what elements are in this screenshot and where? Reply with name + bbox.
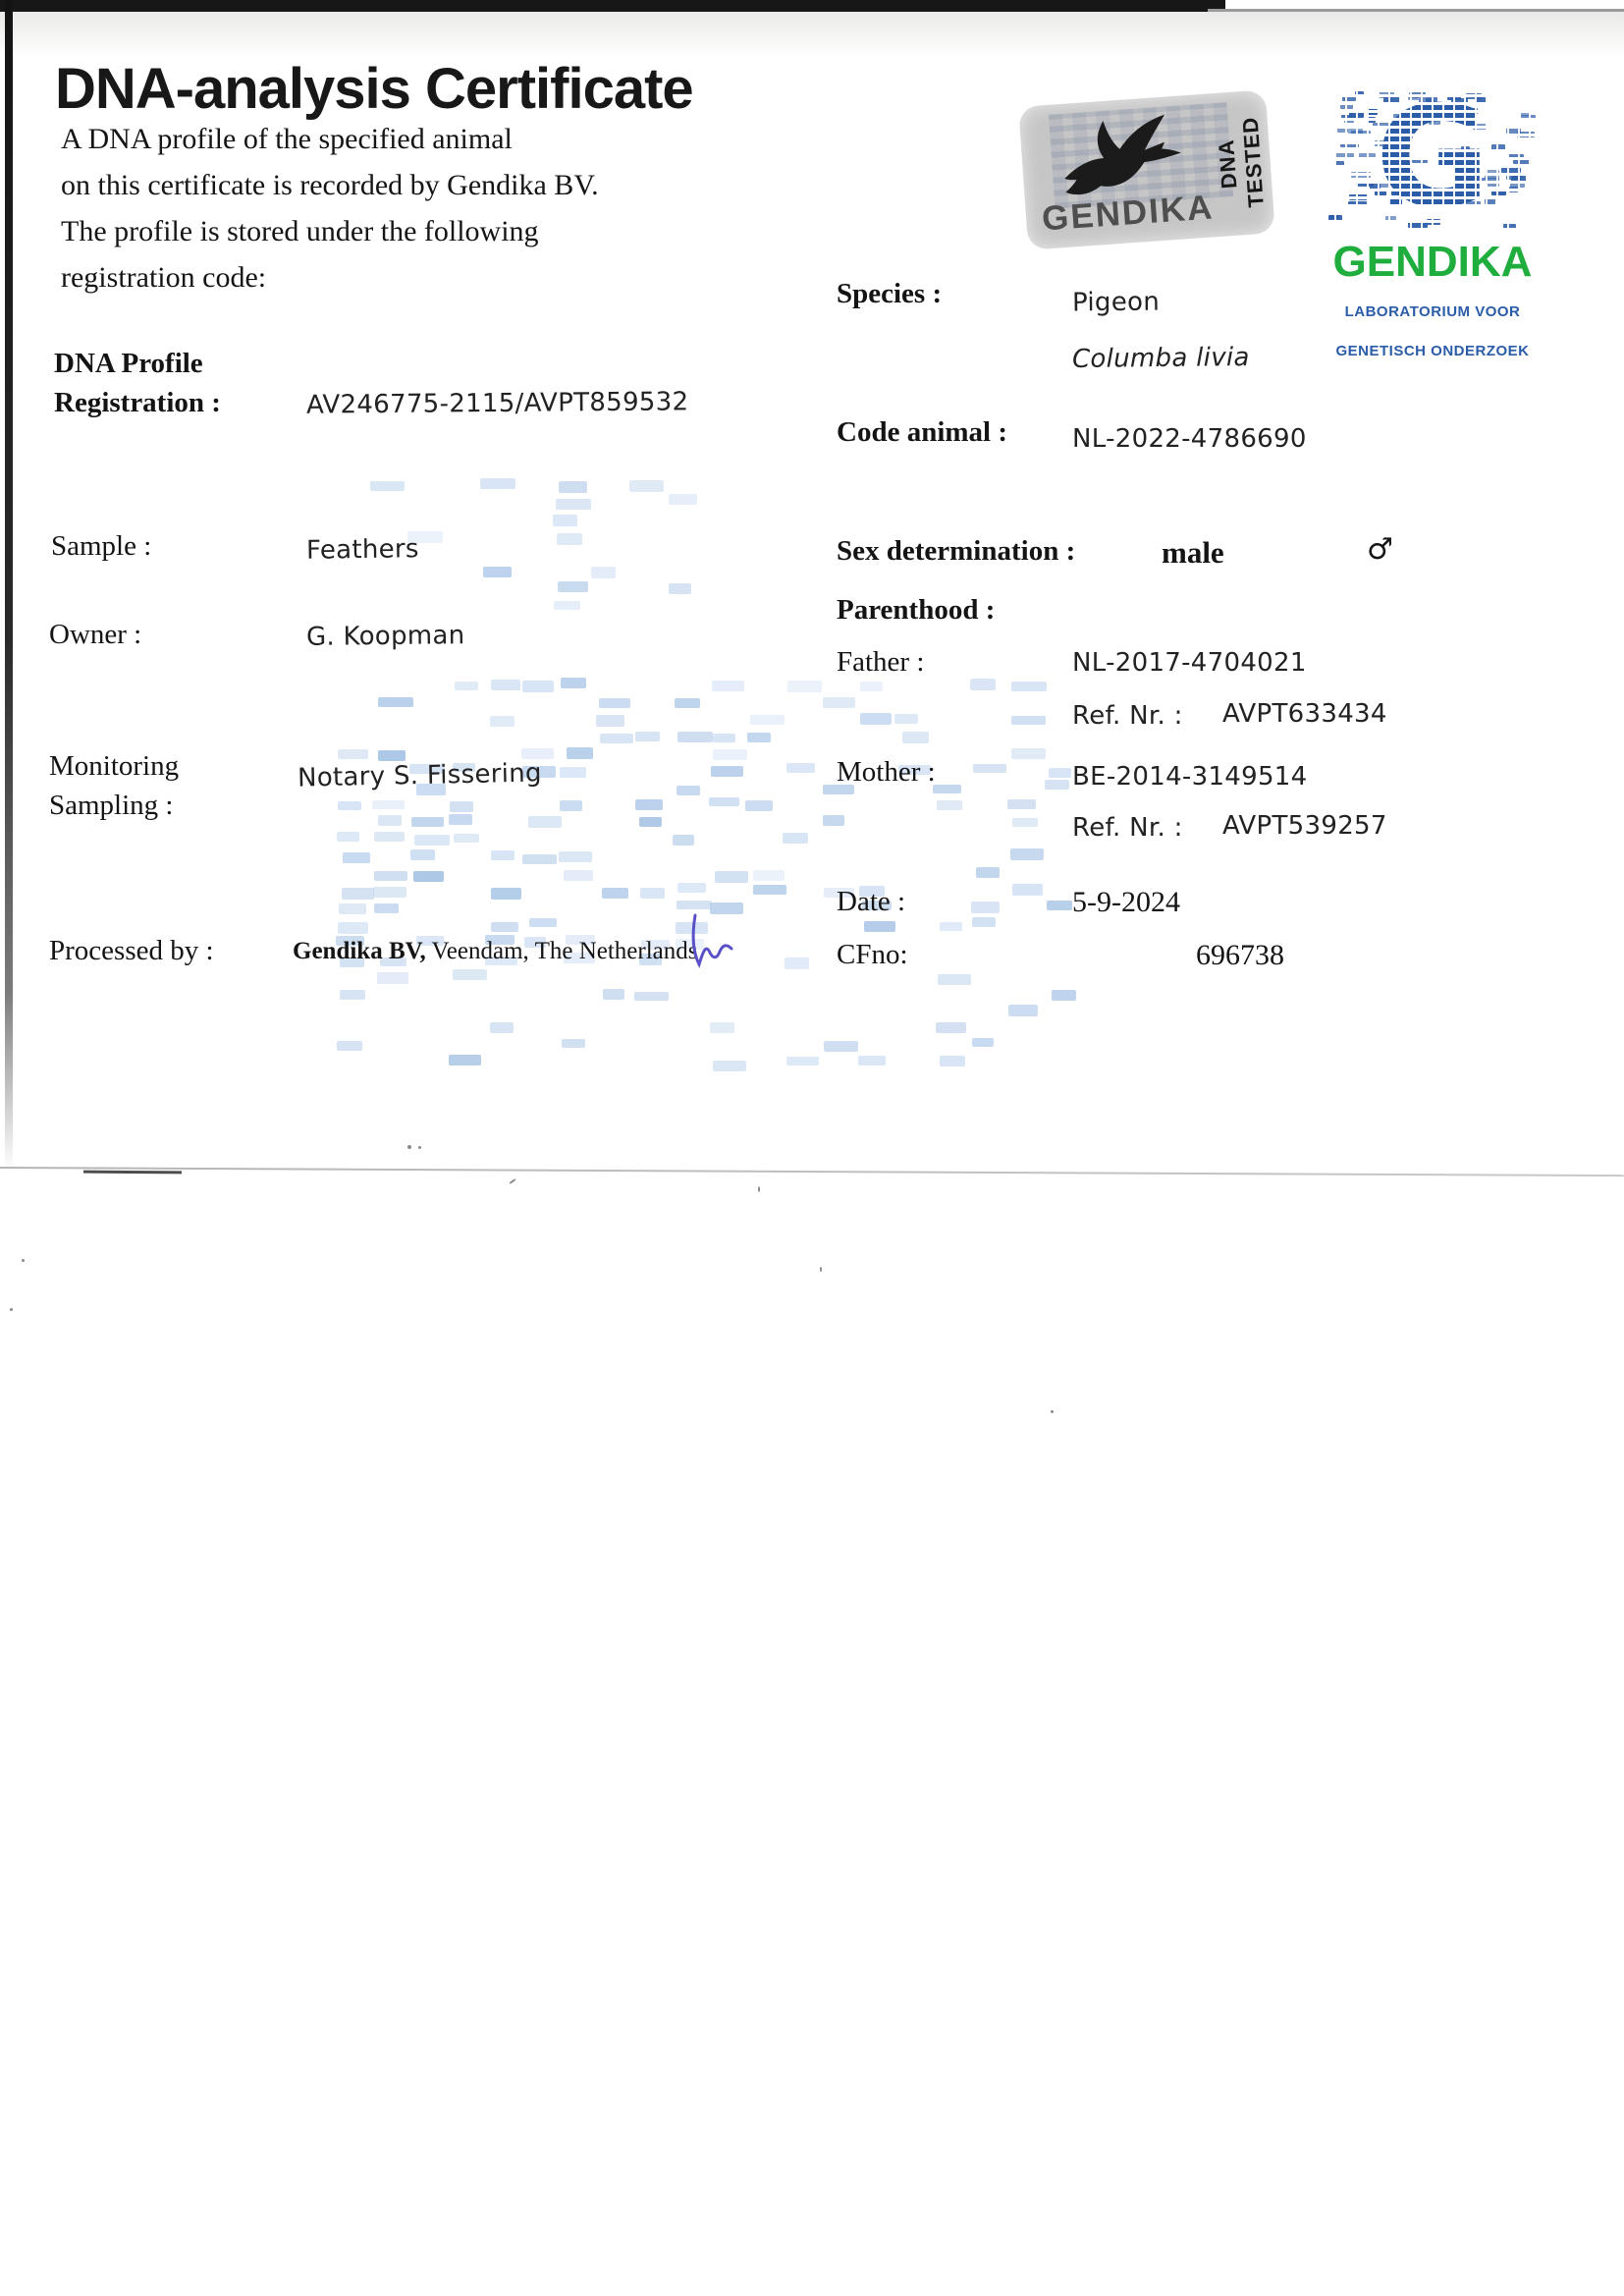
gel-band [711, 766, 743, 776]
gel-band [454, 834, 479, 843]
gel-band [342, 888, 374, 900]
gel-band [449, 814, 472, 824]
gel-band [338, 922, 368, 934]
gel-band [372, 800, 405, 810]
father-ref-value: AVPT633434 [1222, 699, 1387, 729]
dna-gel-watermark [0, 0, 1624, 2296]
gel-band [562, 1039, 585, 1048]
gel-band [823, 815, 844, 827]
gel-band [675, 698, 700, 707]
gel-band [673, 835, 694, 846]
gel-band [602, 888, 628, 899]
gel-band [786, 1057, 819, 1066]
gel-band [976, 867, 1000, 878]
gel-band [378, 815, 402, 826]
gel-band [600, 734, 633, 743]
gel-band [823, 697, 855, 709]
gel-band [787, 681, 822, 692]
gel-band [413, 871, 444, 883]
sample-value: Feathers [306, 534, 419, 566]
gel-band [564, 870, 592, 881]
gel-band [1011, 748, 1046, 759]
gel-band [561, 678, 585, 687]
gel-band [378, 750, 406, 760]
gel-band [338, 801, 361, 810]
mother-label: Mother : [837, 756, 936, 789]
gel-band [591, 567, 616, 577]
gel-band [669, 494, 697, 505]
gel-band [1007, 799, 1036, 810]
date-label: Date : [837, 886, 905, 918]
sex-determination-value: male [1162, 535, 1224, 571]
dna-profile-registration-label: DNA Profile Registration : [54, 344, 221, 422]
gel-band [559, 481, 587, 493]
gel-band [1011, 716, 1046, 725]
gel-band [972, 1038, 995, 1047]
gel-band [1008, 1005, 1038, 1016]
gel-band [410, 849, 435, 860]
processed-by-location: Veendam, The Netherlands [426, 938, 698, 964]
gel-band [414, 835, 450, 845]
father-ring-number: NL-2017-4704021 [1072, 648, 1307, 678]
processed-by-value: Gendika BV, Veendam, The Netherlands [293, 938, 698, 965]
gel-band [629, 480, 663, 492]
owner-value: G. Koopman [306, 621, 465, 652]
gel-band [567, 747, 593, 759]
gel-band [640, 888, 665, 899]
gel-band [747, 733, 770, 742]
scanned-certificate-page: DNA-analysis Certificate A DNA profile o… [0, 0, 1624, 2296]
gel-band [970, 679, 996, 690]
gel-band [338, 749, 369, 760]
gel-band [558, 581, 588, 592]
gel-band [374, 832, 404, 842]
gel-band [973, 764, 1006, 773]
gel-band [449, 1055, 482, 1066]
gel-band [634, 992, 669, 1001]
gel-band [560, 767, 586, 778]
gel-band [785, 957, 808, 969]
processed-by-company: Gendika BV, [293, 938, 426, 964]
gel-band [490, 1022, 514, 1034]
gel-band [940, 922, 962, 932]
gel-band [972, 917, 996, 927]
owner-label: Owner : [49, 619, 141, 651]
monitoring-sampling-label: Monitoring Sampling : [49, 746, 179, 825]
cfno-value: 696738 [1196, 939, 1284, 972]
gel-band [710, 1022, 734, 1033]
dna-profile-registration-value: AV246775-2115/AVPT859532 [306, 387, 689, 419]
gel-band [864, 921, 895, 932]
code-animal-label: Code animal : [837, 416, 1007, 449]
processed-by-label: Processed by : [49, 935, 214, 967]
species-value: Pigeon [1072, 288, 1160, 318]
gel-band [377, 972, 407, 984]
gel-band [339, 903, 366, 915]
gel-band [786, 763, 815, 772]
gel-band [373, 887, 406, 898]
gel-band [938, 974, 971, 984]
gel-band [745, 800, 772, 812]
gel-band [450, 801, 474, 813]
gel-band [1012, 818, 1038, 828]
gel-band [522, 681, 554, 692]
gel-band [860, 713, 892, 725]
cfno-label: CFno: [837, 939, 908, 971]
gel-band [902, 732, 929, 743]
species-latin-name: Columba livia [1072, 343, 1250, 374]
gel-band [677, 901, 712, 910]
parenthood-label: Parenthood : [837, 594, 995, 627]
gel-band [639, 817, 662, 827]
gel-band [559, 851, 592, 862]
mother-ring-number: BE-2014-3149514 [1072, 762, 1308, 792]
sex-determination-label: Sex determination : [837, 535, 1075, 568]
gel-band [1049, 768, 1070, 778]
gel-band [528, 816, 561, 828]
gel-band [715, 871, 748, 883]
gel-band [713, 1061, 746, 1071]
gel-band [411, 817, 444, 827]
gel-band [1045, 780, 1069, 790]
gel-band [491, 850, 514, 860]
gel-band [455, 682, 478, 690]
gel-band [933, 785, 962, 793]
gel-band [858, 1056, 886, 1066]
gel-band [491, 680, 521, 690]
gel-band [337, 1041, 361, 1051]
gel-band [677, 883, 706, 893]
gel-band [712, 681, 744, 691]
gel-band [490, 716, 514, 727]
gel-band [713, 734, 736, 742]
gel-band [560, 800, 582, 812]
gel-band [557, 533, 583, 545]
gel-band [860, 682, 883, 691]
signature-squiggle [687, 911, 738, 976]
gel-band [556, 499, 591, 510]
gel-band [343, 852, 370, 864]
gel-band [1010, 848, 1043, 859]
gel-band [483, 567, 512, 578]
gel-band [753, 885, 786, 896]
gel-band [374, 903, 400, 912]
gel-band [374, 871, 407, 881]
gel-band [824, 1041, 858, 1052]
gel-band [937, 800, 962, 811]
gel-band [453, 969, 487, 980]
gel-band [522, 854, 557, 864]
gel-band [1052, 990, 1076, 1001]
gel-band [553, 515, 576, 526]
gel-band [599, 698, 630, 708]
mother-ref-label: Ref. Nr. : [1072, 813, 1183, 843]
gel-band [753, 870, 785, 881]
father-label: Father : [837, 646, 924, 679]
species-label: Species : [837, 278, 942, 310]
gel-band [1012, 884, 1043, 896]
gel-band [603, 989, 624, 1000]
gel-band [677, 732, 713, 741]
gel-band [378, 697, 413, 708]
father-ref-label: Ref. Nr. : [1072, 701, 1183, 731]
gel-band [783, 833, 808, 844]
gel-band [677, 786, 700, 795]
gel-band [554, 601, 581, 610]
gel-band [635, 732, 660, 741]
gel-band [940, 1056, 965, 1066]
gel-band [750, 715, 785, 725]
gel-band [971, 902, 1000, 913]
gel-band [713, 749, 747, 760]
gel-band [491, 922, 518, 932]
gel-band [491, 888, 521, 900]
monitoring-sampling-value: Notary S. Fissering [298, 758, 542, 793]
gel-band [669, 583, 691, 595]
gel-band [596, 715, 623, 726]
gel-band [480, 478, 515, 489]
date-value: 5-9-2024 [1072, 886, 1180, 919]
mother-ref-value: AVPT539257 [1222, 811, 1387, 841]
code-animal-value: NL-2022-4786690 [1072, 424, 1307, 454]
gel-band [337, 832, 359, 842]
gel-band [370, 481, 406, 490]
gel-band [709, 797, 739, 806]
sample-label: Sample : [51, 530, 151, 563]
gel-band [1047, 901, 1072, 911]
gel-band [894, 714, 917, 725]
gel-band [936, 1022, 966, 1033]
gel-band [529, 918, 557, 927]
gel-band [1011, 682, 1047, 691]
gel-band [340, 990, 364, 999]
gel-band [635, 799, 664, 810]
male-symbol-icon: ♂ [1367, 532, 1393, 567]
